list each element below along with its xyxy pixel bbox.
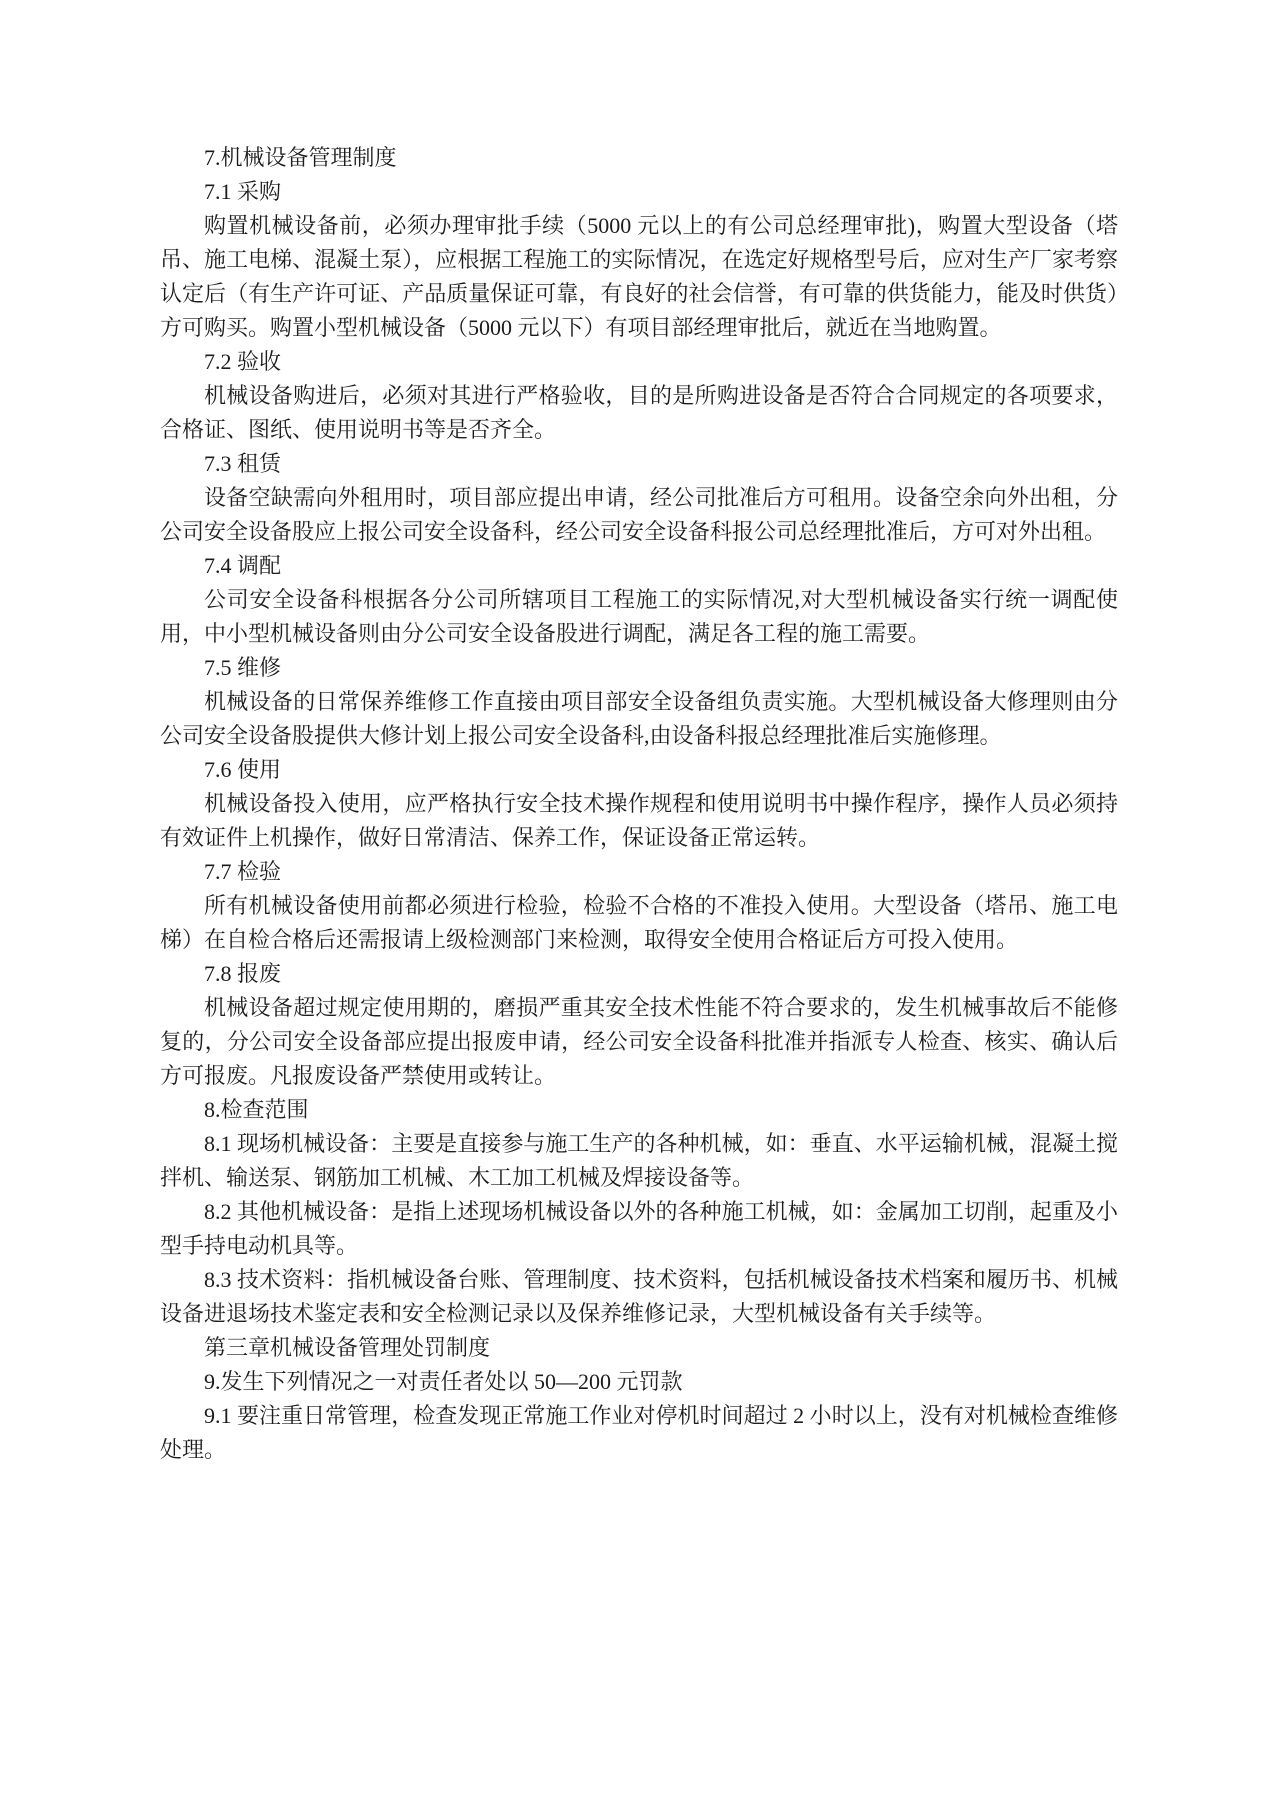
section-heading: 7.机械设备管理制度 [160, 141, 1118, 175]
paragraph: 公司安全设备科根据各分公司所辖项目工程施工的实际情况,对大型机械设备实行统一调配… [160, 583, 1118, 651]
paragraph: 机械设备购进后，必须对其进行严格验收，目的是所购进设备是否符合合同规定的各项要求… [160, 379, 1118, 447]
section-heading: 7.4 调配 [160, 549, 1118, 583]
paragraph: 机械设备超过规定使用期的，磨损严重其安全技术性能不符合要求的，发生机械事故后不能… [160, 991, 1118, 1093]
paragraph: 8.2 其他机械设备：是指上述现场机械设备以外的各种施工机械，如：金属加工切削，… [160, 1195, 1118, 1263]
section-heading: 7.8 报废 [160, 957, 1118, 991]
document-body: 7.机械设备管理制度7.1 采购购置机械设备前，必须办理审批手续（5000 元以… [160, 141, 1118, 1467]
paragraph: 9.1 要注重日常管理，检查发现正常施工作业对停机时间超过 2 小时以上，没有对… [160, 1399, 1118, 1467]
section-heading: 7.3 租赁 [160, 447, 1118, 481]
paragraph: 所有机械设备使用前都必须进行检验，检验不合格的不准投入使用。大型设备（塔吊、施工… [160, 889, 1118, 957]
section-heading: 7.2 验收 [160, 345, 1118, 379]
section-heading: 第三章机械设备管理处罚制度 [160, 1331, 1118, 1365]
paragraph: 8.1 现场机械设备：主要是直接参与施工生产的各种机械，如：垂直、水平运输机械，… [160, 1127, 1118, 1195]
paragraph: 设备空缺需向外租用时，项目部应提出申请，经公司批准后方可租用。设备空余向外出租，… [160, 481, 1118, 549]
document-page: 7.机械设备管理制度7.1 采购购置机械设备前，必须办理审批手续（5000 元以… [0, 0, 1280, 1810]
section-heading: 9.发生下列情况之一对责任者处以 50—200 元罚款 [160, 1365, 1118, 1399]
paragraph: 购置机械设备前，必须办理审批手续（5000 元以上的有公司总经理审批)，购置大型… [160, 209, 1118, 345]
section-heading: 7.1 采购 [160, 175, 1118, 209]
paragraph: 机械设备投入使用，应严格执行安全技术操作规程和使用说明书中操作程序，操作人员必须… [160, 787, 1118, 855]
paragraph: 机械设备的日常保养维修工作直接由项目部安全设备组负责实施。大型机械设备大修理则由… [160, 685, 1118, 753]
section-heading: 7.7 检验 [160, 855, 1118, 889]
paragraph: 8.3 技术资料：指机械设备台账、管理制度、技术资料，包括机械设备技术档案和履历… [160, 1263, 1118, 1331]
section-heading: 7.6 使用 [160, 753, 1118, 787]
section-heading: 7.5 维修 [160, 651, 1118, 685]
section-heading: 8.检查范围 [160, 1093, 1118, 1127]
